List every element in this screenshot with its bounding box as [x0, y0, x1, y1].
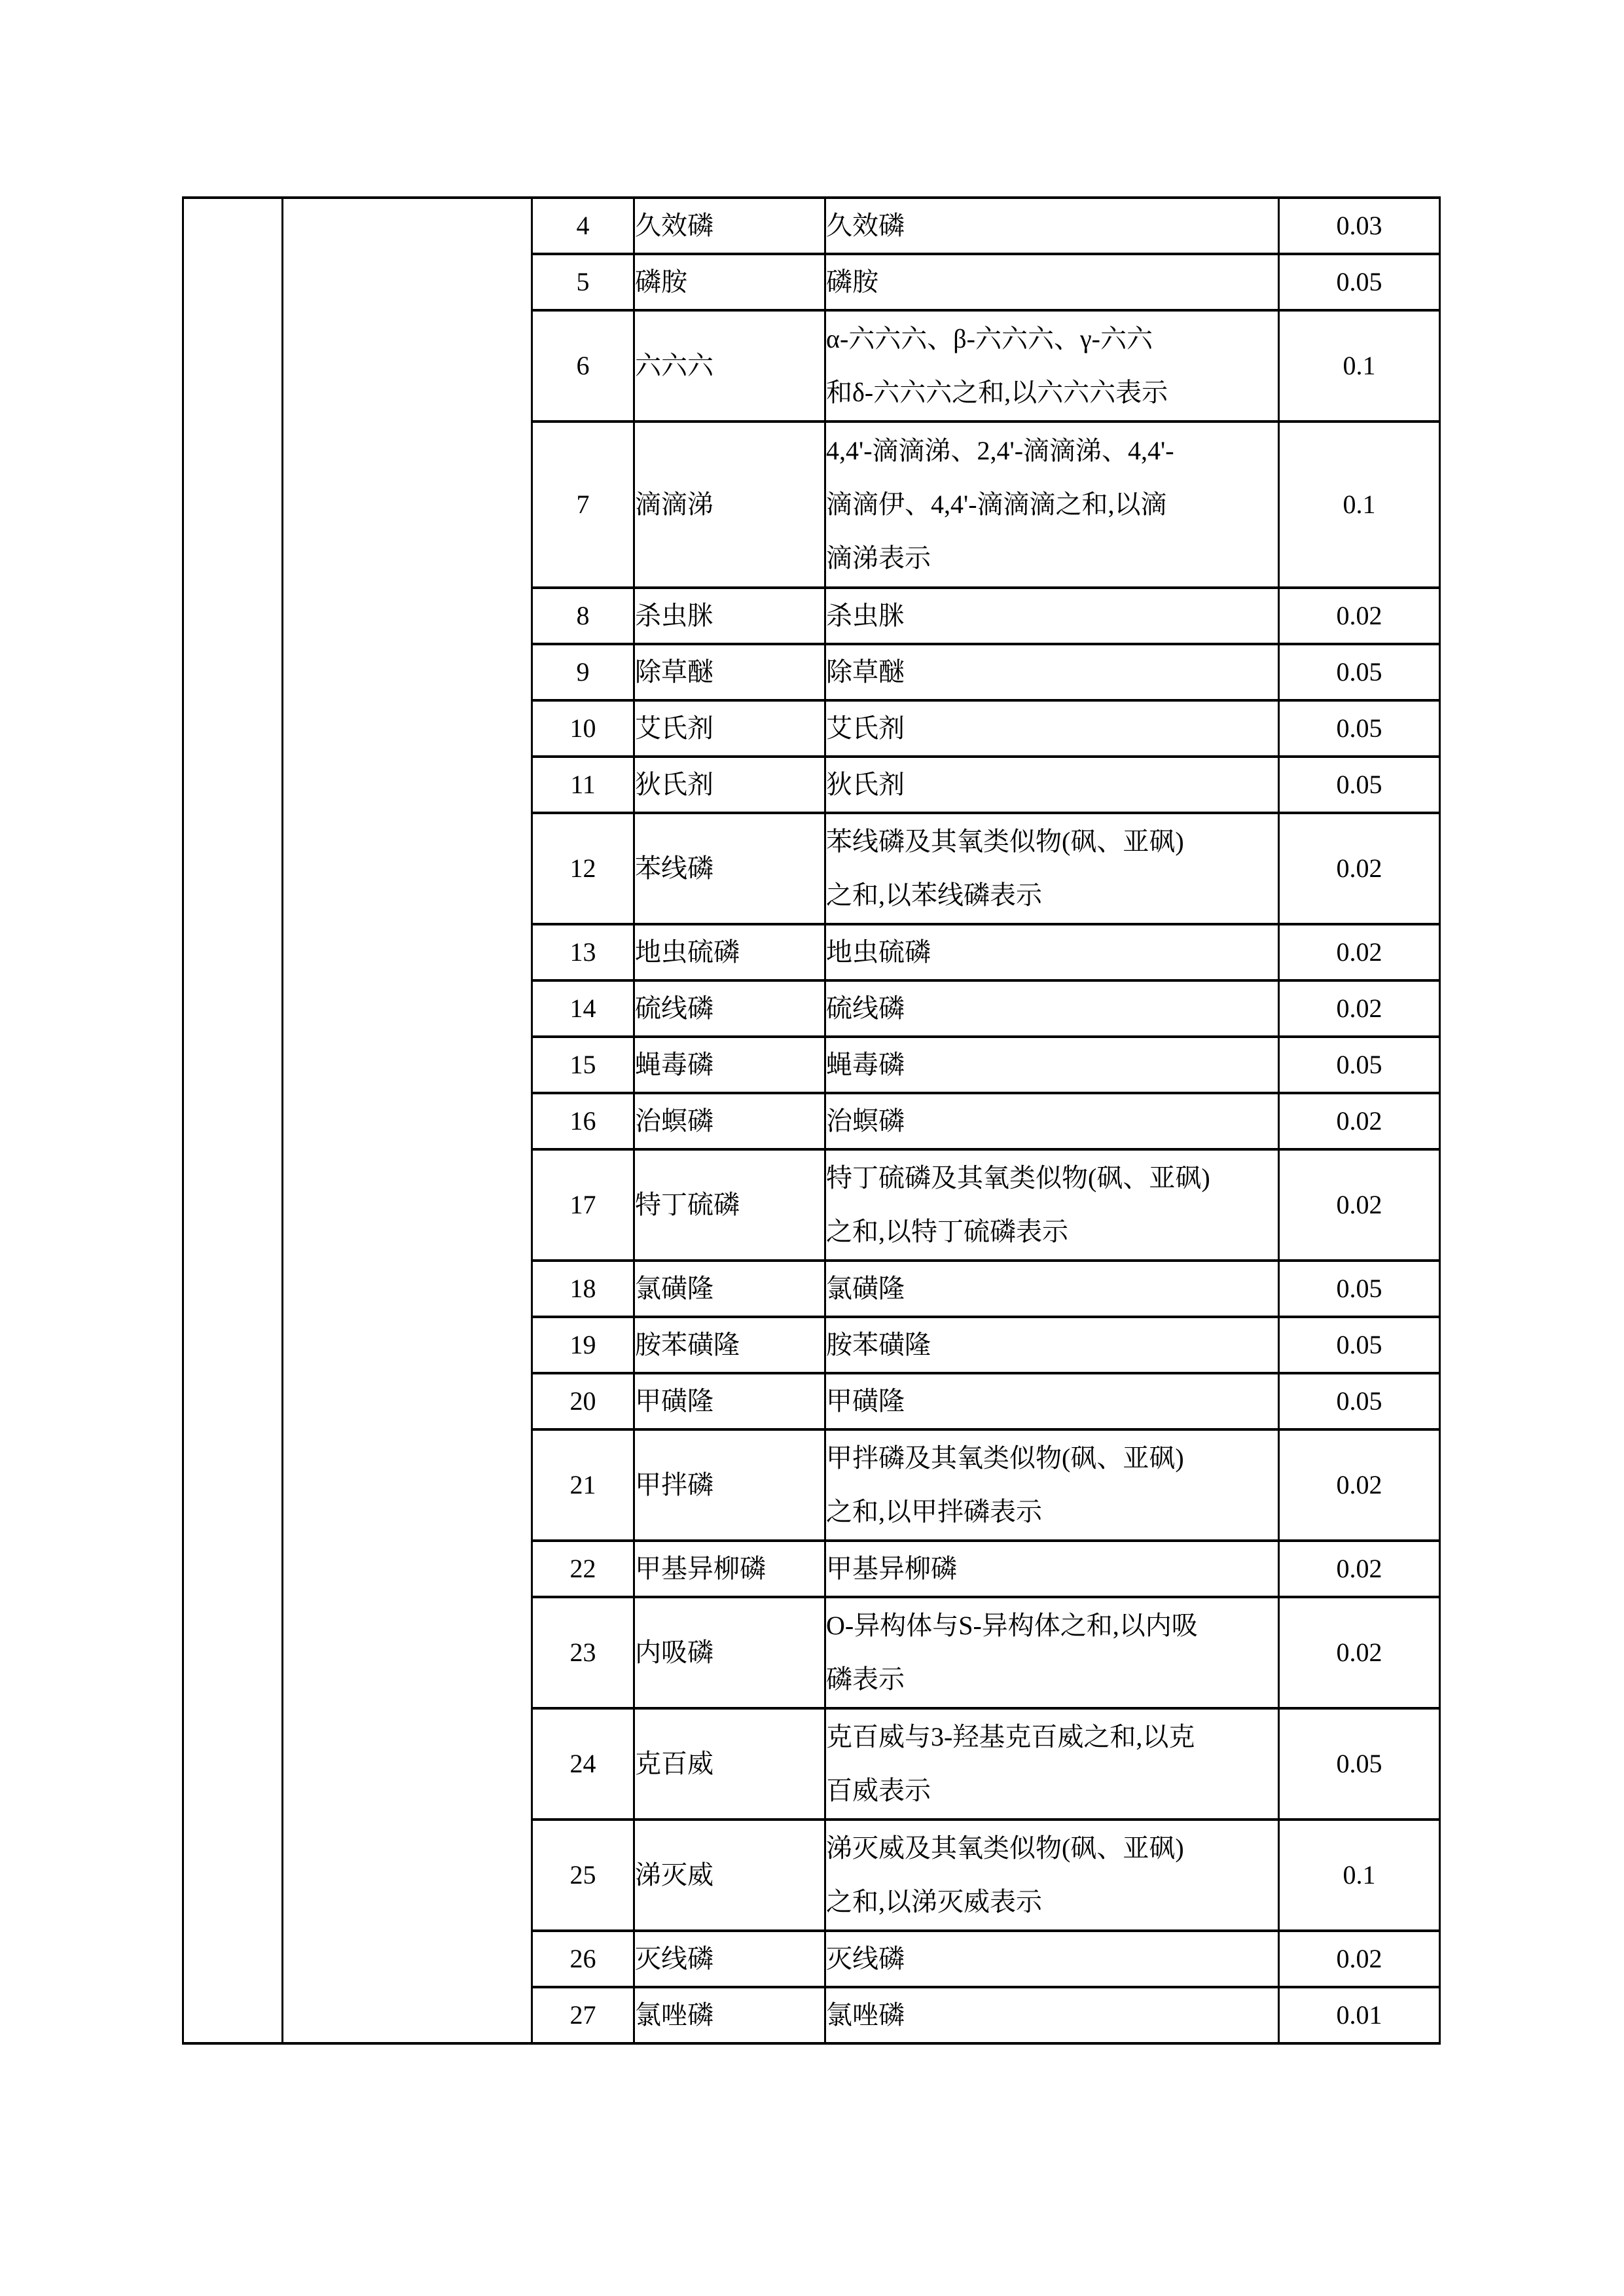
limit-description-cell: O-异构体与S-异构体之和,以内吸 磷表示 [825, 1597, 1279, 1708]
pesticide-name-cell: 胺苯磺隆 [634, 1317, 825, 1373]
limit-description-cell: 甲拌磷及其氧类似物(砜、亚砜) 之和,以甲拌磷表示 [825, 1429, 1279, 1541]
limit-value-cell: 0.02 [1279, 924, 1440, 980]
limit-value-cell: 0.02 [1279, 980, 1440, 1037]
row-number-cell: 24 [532, 1708, 634, 1820]
pesticide-name-cell: 氯唑磷 [634, 1987, 825, 2043]
limit-description-cell: 蝇毒磷 [825, 1037, 1279, 1093]
limit-description-cell: 杀虫脒 [825, 588, 1279, 644]
row-number-cell: 12 [532, 813, 634, 924]
limit-value-cell: 0.05 [1279, 644, 1440, 700]
pesticide-name-cell: 狄氏剂 [634, 757, 825, 813]
pesticide-name-cell: 内吸磷 [634, 1597, 825, 1708]
limit-description-cell: 特丁硫磷及其氧类似物(砜、亚砜) 之和,以特丁硫磷表示 [825, 1149, 1279, 1261]
pesticide-name-cell: 克百威 [634, 1708, 825, 1820]
limit-value-cell: 0.03 [1279, 198, 1440, 254]
pesticide-name-cell: 甲拌磷 [634, 1429, 825, 1541]
limit-value-cell: 0.05 [1279, 757, 1440, 813]
pesticide-name-cell: 除草醚 [634, 644, 825, 700]
limit-description-cell: α-六六六、β-六六六、γ-六六 和δ-六六六之和,以六六六表示 [825, 310, 1279, 422]
row-number-cell: 22 [532, 1541, 634, 1597]
pesticide-name-cell: 特丁硫磷 [634, 1149, 825, 1261]
row-number-cell: 13 [532, 924, 634, 980]
limit-value-cell: 0.05 [1279, 1708, 1440, 1820]
limit-description-cell: 艾氏剂 [825, 700, 1279, 757]
row-number-cell: 7 [532, 422, 634, 588]
row-number-cell: 26 [532, 1931, 634, 1987]
limit-value-cell: 0.02 [1279, 588, 1440, 644]
pesticide-name-cell: 治螟磷 [634, 1093, 825, 1149]
row-number-cell: 17 [532, 1149, 634, 1261]
row-number-cell: 27 [532, 1987, 634, 2043]
row-number-cell: 18 [532, 1261, 634, 1317]
limit-value-cell: 0.02 [1279, 1541, 1440, 1597]
limit-value-cell: 0.1 [1279, 1820, 1440, 1931]
row-number-cell: 19 [532, 1317, 634, 1373]
pesticide-name-cell: 蝇毒磷 [634, 1037, 825, 1093]
row-number-cell: 10 [532, 700, 634, 757]
limit-description-cell: 久效磷 [825, 198, 1279, 254]
limit-description-cell: 除草醚 [825, 644, 1279, 700]
table-row: 4 久效磷 久效磷 0.03 [183, 198, 1440, 254]
limit-description-cell: 灭线磷 [825, 1931, 1279, 1987]
empty-category-cell-outer [183, 198, 283, 2043]
pesticide-name-cell: 滴滴涕 [634, 422, 825, 588]
row-number-cell: 25 [532, 1820, 634, 1931]
pesticide-name-cell: 磷胺 [634, 254, 825, 310]
limit-description-cell: 硫线磷 [825, 980, 1279, 1037]
limit-description-cell: 胺苯磺隆 [825, 1317, 1279, 1373]
pesticide-name-cell: 甲磺隆 [634, 1373, 825, 1429]
limit-value-cell: 0.05 [1279, 700, 1440, 757]
pesticide-name-cell: 甲基异柳磷 [634, 1541, 825, 1597]
row-number-cell: 6 [532, 310, 634, 422]
limit-description-cell: 甲磺隆 [825, 1373, 1279, 1429]
limit-description-cell: 氯磺隆 [825, 1261, 1279, 1317]
limit-description-cell: 地虫硫磷 [825, 924, 1279, 980]
limit-value-cell: 0.02 [1279, 813, 1440, 924]
limit-value-cell: 0.02 [1279, 1429, 1440, 1541]
limit-description-cell: 苯线磷及其氧类似物(砜、亚砜) 之和,以苯线磷表示 [825, 813, 1279, 924]
row-number-cell: 14 [532, 980, 634, 1037]
limit-description-cell: 涕灭威及其氧类似物(砜、亚砜) 之和,以涕灭威表示 [825, 1820, 1279, 1931]
empty-category-cell-inner [283, 198, 532, 2043]
limit-value-cell: 0.05 [1279, 1317, 1440, 1373]
limit-value-cell: 0.02 [1279, 1931, 1440, 1987]
row-number-cell: 8 [532, 588, 634, 644]
limit-description-cell: 治螟磷 [825, 1093, 1279, 1149]
limit-description-cell: 4,4'-滴滴涕、2,4'-滴滴涕、4,4'- 滴滴伊、4,4'-滴滴滴之和,以… [825, 422, 1279, 588]
row-number-cell: 23 [532, 1597, 634, 1708]
limit-value-cell: 0.02 [1279, 1597, 1440, 1708]
limit-description-cell: 氯唑磷 [825, 1987, 1279, 2043]
pesticide-name-cell: 艾氏剂 [634, 700, 825, 757]
row-number-cell: 16 [532, 1093, 634, 1149]
limit-value-cell: 0.05 [1279, 254, 1440, 310]
limit-value-cell: 0.05 [1279, 1261, 1440, 1317]
pesticide-name-cell: 六六六 [634, 310, 825, 422]
pesticide-name-cell: 灭线磷 [634, 1931, 825, 1987]
limit-description-cell: 磷胺 [825, 254, 1279, 310]
pesticide-name-cell: 地虫硫磷 [634, 924, 825, 980]
limit-value-cell: 0.02 [1279, 1149, 1440, 1261]
limit-value-cell: 0.05 [1279, 1373, 1440, 1429]
row-number-cell: 5 [532, 254, 634, 310]
pesticide-name-cell: 苯线磷 [634, 813, 825, 924]
row-number-cell: 4 [532, 198, 634, 254]
limit-description-cell: 克百威与3-羟基克百威之和,以克 百威表示 [825, 1708, 1279, 1820]
row-number-cell: 11 [532, 757, 634, 813]
row-number-cell: 21 [532, 1429, 634, 1541]
limit-value-cell: 0.05 [1279, 1037, 1440, 1093]
table-body: 4 久效磷 久效磷 0.03 5 磷胺 磷胺 0.05 6 六六六 α-六六六、… [183, 198, 1440, 2043]
pesticide-limits-table: 4 久效磷 久效磷 0.03 5 磷胺 磷胺 0.05 6 六六六 α-六六六、… [182, 196, 1441, 2045]
limit-description-cell: 甲基异柳磷 [825, 1541, 1279, 1597]
pesticide-name-cell: 杀虫脒 [634, 588, 825, 644]
limit-value-cell: 0.1 [1279, 310, 1440, 422]
limit-value-cell: 0.1 [1279, 422, 1440, 588]
row-number-cell: 15 [532, 1037, 634, 1093]
pesticide-name-cell: 氯磺隆 [634, 1261, 825, 1317]
pesticide-name-cell: 硫线磷 [634, 980, 825, 1037]
row-number-cell: 20 [532, 1373, 634, 1429]
document-page: 4 久效磷 久效磷 0.03 5 磷胺 磷胺 0.05 6 六六六 α-六六六、… [0, 0, 1624, 2296]
limit-description-cell: 狄氏剂 [825, 757, 1279, 813]
row-number-cell: 9 [532, 644, 634, 700]
limit-value-cell: 0.02 [1279, 1093, 1440, 1149]
pesticide-name-cell: 涕灭威 [634, 1820, 825, 1931]
limit-value-cell: 0.01 [1279, 1987, 1440, 2043]
pesticide-name-cell: 久效磷 [634, 198, 825, 254]
